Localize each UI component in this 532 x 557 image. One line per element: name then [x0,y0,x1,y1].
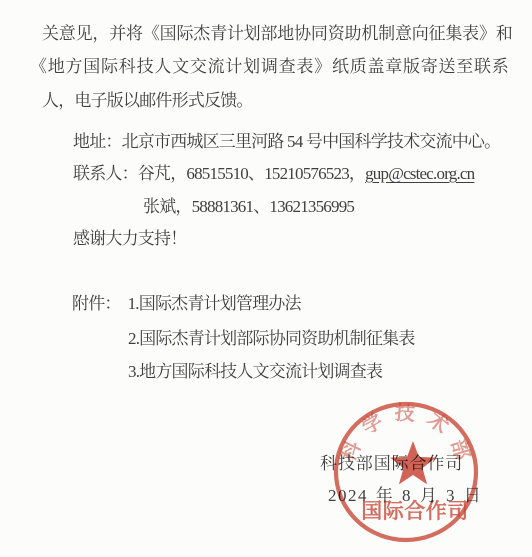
contact-line-2: 张斌，58881361、13621356995 [143,196,354,218]
signature-org: 科技部国际合作司 [320,453,463,475]
contact-name-phone: 联系人：谷芃，68515510、15210576523， [73,164,365,183]
contact-line-1: 联系人：谷芃，68515510、15210576523，gup@cstec.or… [73,163,474,185]
address-line: 地址：北京市西城区三里河路 54 号中国科学技术交流中心。 [73,131,500,153]
signature-date: 2024 年 8 月 3 日 [328,485,482,507]
thanks-line: 感谢大力支持！ [73,228,186,250]
body-line-3: 人，电子版以邮件形式反馈。 [42,90,253,112]
attachments-line-1: 附件：1.国际杰青计划管理办法 [72,293,301,315]
body-line-1: 关意见，并将《国际杰青计划部地协同资助机制意向征集表》和 [42,23,512,45]
contact-email: gup@cstec.org.cn [365,164,474,183]
attachment-item-2: 2.国际杰青计划部际协同资助机制征集表 [128,328,415,350]
attachments-label: 附件： [72,294,121,313]
attachment-item-3: 3.地方国际科技人文交流计划调查表 [128,361,382,383]
document-page: 关意见，并将《国际杰青计划部地协同资助机制意向征集表》和 《地方国际科技人文交流… [0,0,532,557]
body-line-2: 《地方国际科技人文交流计划调查表》纸质盖章版寄送至联系 [30,56,508,78]
attachment-item-1: 1.国际杰青计划管理办法 [128,294,301,313]
